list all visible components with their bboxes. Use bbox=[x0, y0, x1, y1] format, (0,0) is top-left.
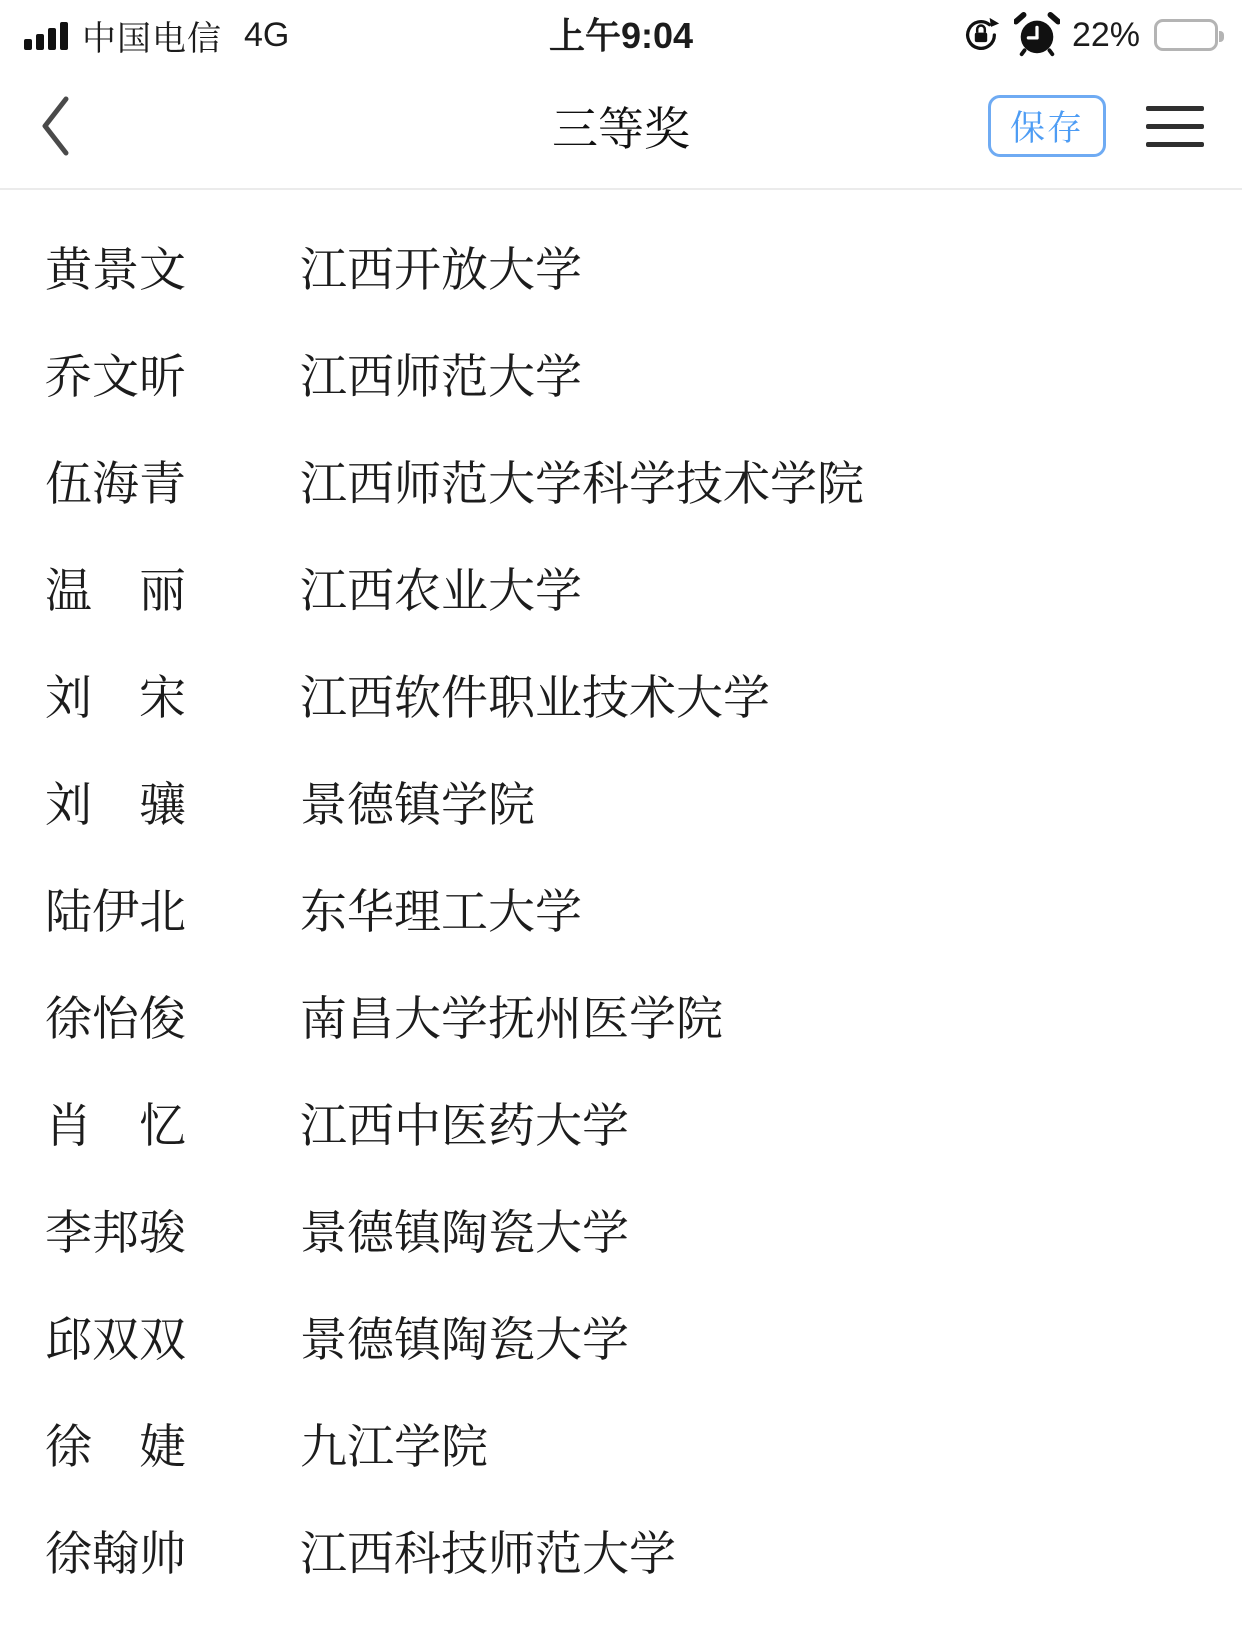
winner-name: 李邦骏 bbox=[45, 1196, 300, 1263]
chevron-left-icon bbox=[38, 93, 74, 159]
status-bar-left: 中国电信 4G bbox=[24, 11, 289, 60]
award-row: 徐翰帅 江西科技师范大学 bbox=[45, 1497, 1242, 1604]
alarm-clock-icon bbox=[1014, 12, 1060, 58]
award-row: 徐 婕 九江学院 bbox=[45, 1390, 1242, 1497]
network-type-label: 4G bbox=[244, 16, 289, 55]
winner-name: 刘 骧 bbox=[45, 768, 300, 835]
award-row: 乔文昕 江西师范大学 bbox=[45, 320, 1242, 427]
nav-bar-actions: 保存 bbox=[988, 95, 1204, 157]
status-bar-right: 22% bbox=[960, 12, 1218, 58]
award-list: 黄景文 江西开放大学 乔文昕 江西师范大学 伍海青 江西师范大学科学技术学院 温… bbox=[0, 190, 1242, 1604]
winner-name: 徐怡俊 bbox=[45, 982, 300, 1049]
school-name: 江西开放大学 bbox=[300, 233, 582, 300]
winner-name: 肖 忆 bbox=[45, 1089, 300, 1156]
award-row: 温 丽 江西农业大学 bbox=[45, 534, 1242, 641]
award-row: 陆伊北 东华理工大学 bbox=[45, 855, 1242, 962]
school-name: 江西科技师范大学 bbox=[300, 1517, 676, 1584]
award-row: 刘 骧 景德镇学院 bbox=[45, 748, 1242, 855]
save-button[interactable]: 保存 bbox=[988, 95, 1106, 157]
winner-name: 黄景文 bbox=[45, 233, 300, 300]
battery-icon bbox=[1154, 19, 1218, 51]
winner-name: 刘 宋 bbox=[45, 661, 300, 728]
school-name: 南昌大学抚州医学院 bbox=[300, 982, 723, 1049]
school-name: 东华理工大学 bbox=[300, 875, 582, 942]
school-name: 江西师范大学 bbox=[300, 340, 582, 407]
school-name: 江西师范大学科学技术学院 bbox=[300, 447, 864, 514]
school-name: 江西中医药大学 bbox=[300, 1089, 629, 1156]
winner-name: 陆伊北 bbox=[45, 875, 300, 942]
winner-name: 温 丽 bbox=[45, 554, 300, 621]
winner-name: 伍海青 bbox=[45, 447, 300, 514]
award-row: 伍海青 江西师范大学科学技术学院 bbox=[45, 427, 1242, 534]
hamburger-menu-button[interactable] bbox=[1146, 102, 1204, 151]
nav-bar: 三等奖 保存 bbox=[0, 64, 1242, 190]
winner-name: 乔文昕 bbox=[45, 340, 300, 407]
school-name: 景德镇陶瓷大学 bbox=[300, 1196, 629, 1263]
award-row: 肖 忆 江西中医药大学 bbox=[45, 1069, 1242, 1176]
school-name: 景德镇陶瓷大学 bbox=[300, 1303, 629, 1370]
status-bar: 中国电信 4G 上午9:04 22% bbox=[0, 0, 1242, 64]
award-row: 刘 宋 江西软件职业技术大学 bbox=[45, 641, 1242, 748]
winner-name: 徐 婕 bbox=[45, 1410, 300, 1477]
signal-strength-icon bbox=[24, 20, 68, 50]
award-row: 黄景文 江西开放大学 bbox=[45, 213, 1242, 320]
back-button[interactable] bbox=[38, 91, 98, 161]
school-name: 九江学院 bbox=[300, 1410, 488, 1477]
school-name: 江西软件职业技术大学 bbox=[300, 661, 770, 728]
rotation-lock-icon bbox=[960, 14, 1002, 56]
school-name: 江西农业大学 bbox=[300, 554, 582, 621]
winner-name: 邱双双 bbox=[45, 1303, 300, 1370]
school-name: 景德镇学院 bbox=[300, 768, 535, 835]
winner-name: 徐翰帅 bbox=[45, 1517, 300, 1584]
award-row: 李邦骏 景德镇陶瓷大学 bbox=[45, 1176, 1242, 1283]
award-row: 邱双双 景德镇陶瓷大学 bbox=[45, 1283, 1242, 1390]
carrier-label: 中国电信 bbox=[82, 11, 222, 60]
award-row: 徐怡俊 南昌大学抚州医学院 bbox=[45, 962, 1242, 1069]
battery-percent-label: 22% bbox=[1072, 16, 1140, 55]
